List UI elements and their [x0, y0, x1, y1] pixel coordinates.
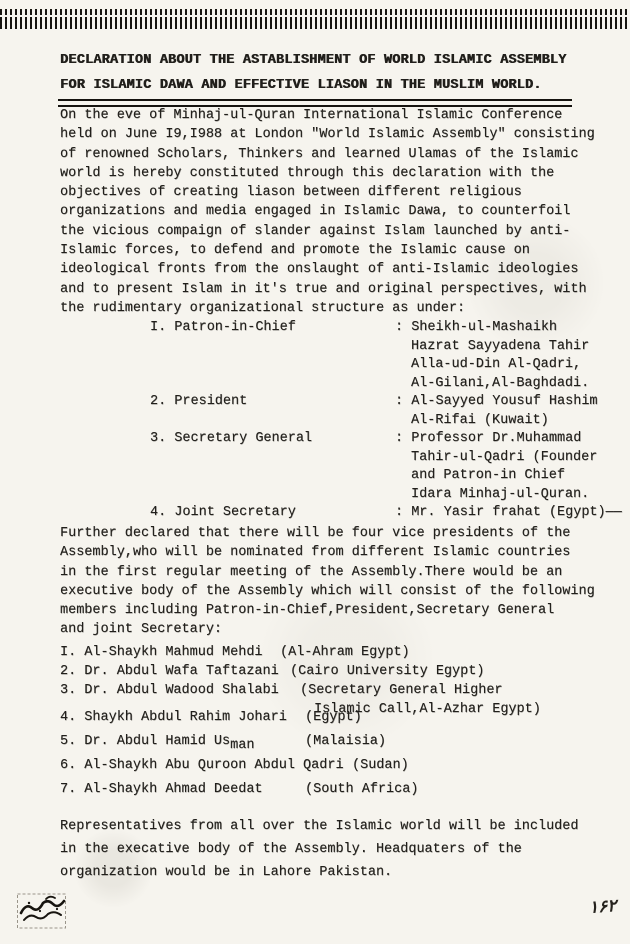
- typed-line: ideological fronts from the onslaught of…: [60, 260, 595, 279]
- member-name: 6. Al-Shaykh Abu Quroon Abdul Qadri: [60, 758, 344, 773]
- member-country: (South Africa): [305, 780, 418, 799]
- member-row: 5. Dr. Abdul Hamid Usman(Malaisia): [60, 732, 620, 751]
- officer-role: 3. Secretary General: [150, 430, 312, 449]
- typed-line: Tahir-ul-Qadri (Founder: [395, 449, 575, 468]
- member-country: (Malaisia): [305, 732, 386, 751]
- officer-name: : Al-Sayyed Yousuf HashimAl-Rifai (Kuwai…: [395, 393, 575, 430]
- title-line-2: FOR ISLAMIC DAWA AND EFFECTIVE LIASON IN…: [60, 73, 575, 98]
- member-row: 3. Dr. Abdul Wadood Shalabi(Secretary Ge…: [60, 681, 620, 700]
- officer-role: 4. Joint Secretary: [150, 504, 296, 523]
- member-name-subscript: man: [230, 738, 254, 753]
- typed-line: and to present Islam in it's true and or…: [60, 280, 595, 299]
- typed-line: (Cairo University Egypt): [290, 662, 484, 681]
- typed-line: (Malaisia): [305, 732, 386, 751]
- typed-line: of renowned Scholars, Thinkers and learn…: [60, 145, 595, 164]
- officer-row: 4. Joint Secretary: Mr. Yasir frahat (Eg…: [60, 504, 575, 523]
- opening-paragraph: On the eve of Minhaj-ul-Quran Internatio…: [60, 106, 595, 318]
- typed-line: and Patron-in Chief: [395, 467, 575, 486]
- typed-line: : Mr. Yasir frahat (Egypt)——: [395, 504, 575, 523]
- typed-line: : Professor Dr.Muhammad: [395, 430, 575, 449]
- officers-list: I. Patron-in-Chief: Sheikh-ul-MashaikhHa…: [60, 319, 575, 523]
- handwritten-page-number: ۱۶۲: [588, 896, 617, 918]
- typed-line: Alla-ud-Din Al-Qadri,: [395, 356, 575, 375]
- officer-name: : Professor Dr.MuhammadTahir-ul-Qadri (F…: [395, 430, 575, 504]
- typed-line: organizations and media engaged in Islam…: [60, 202, 595, 221]
- document-page: DECLARATION ABOUT THE ASTABLISHMENT OF W…: [0, 0, 630, 944]
- member-name: 4. Shaykh Abdul Rahim Johari: [60, 710, 287, 725]
- member-name: 3. Dr. Abdul Wadood Shalabi: [60, 683, 279, 698]
- officer-role: I. Patron-in-Chief: [150, 319, 296, 338]
- member-country: (Cairo University Egypt): [290, 662, 484, 681]
- typed-line: (Secretary General Higher: [300, 681, 541, 700]
- typed-line: executive body of the Assembly which wil…: [60, 582, 595, 601]
- executive-members-list: I. Al-Shaykh Mahmud Mehdi(Al-Ahram Egypt…: [60, 643, 620, 799]
- typed-line: Hazrat Sayyadena Tahir: [395, 338, 575, 357]
- typed-line: (South Africa): [305, 780, 418, 799]
- typed-line: members including Patron-in-Chief,Presid…: [60, 601, 595, 620]
- typed-line: (Sudan): [352, 756, 409, 775]
- officer-row: 2. President: Al-Sayyed Yousuf HashimAl-…: [60, 393, 575, 430]
- typed-line: objectives of creating liason between di…: [60, 183, 595, 202]
- member-name: 7. Al-Shaykh Ahmad Deedat: [60, 782, 263, 797]
- member-row: 6. Al-Shaykh Abu Quroon Abdul Qadri(Suda…: [60, 756, 620, 775]
- typed-line: Idara Minhaj-ul-Quran.: [395, 486, 575, 505]
- typed-line: held on June I9,I988 at London "World Is…: [60, 125, 595, 144]
- typed-line: (Egypt): [305, 708, 362, 727]
- officer-name: : Mr. Yasir frahat (Egypt)——: [395, 504, 575, 523]
- officer-row: 3. Secretary General: Professor Dr.Muham…: [60, 430, 575, 504]
- document-title: DECLARATION ABOUT THE ASTABLISHMENT OF W…: [60, 48, 575, 107]
- member-row: 4. Shaykh Abdul Rahim Johari(Egypt): [60, 708, 620, 727]
- closing-paragraph: Representatives from all over the Islami…: [60, 815, 578, 884]
- typed-line: the rudimentary organizational structure…: [60, 299, 595, 318]
- title-line-1: DECLARATION ABOUT THE ASTABLISHMENT OF W…: [60, 48, 575, 73]
- typed-line: Al-Gilani,Al-Baghdadi.: [395, 375, 575, 394]
- perforated-binding-edge-icon: [0, 9, 629, 29]
- officer-role: 2. President: [150, 393, 247, 412]
- officer-row: I. Patron-in-Chief: Sheikh-ul-MashaikhHa…: [60, 319, 575, 393]
- typed-line: in the execative body of the Assembly. H…: [60, 838, 578, 861]
- minhaj-calligraphy-stamp-icon: [16, 890, 68, 932]
- typed-line: : Al-Sayyed Yousuf Hashim: [395, 393, 575, 412]
- member-row: I. Al-Shaykh Mahmud Mehdi(Al-Ahram Egypt…: [60, 643, 620, 662]
- typed-line: and joint Secretary:: [60, 620, 595, 639]
- typed-line: the vicious compaign of slander against …: [60, 222, 595, 241]
- member-country: (Egypt): [305, 708, 362, 727]
- typed-line: Al-Rifai (Kuwait): [395, 412, 575, 431]
- officer-name: : Sheikh-ul-MashaikhHazrat Sayyadena Tah…: [395, 319, 575, 393]
- member-country: (Sudan): [352, 756, 409, 775]
- typed-line: in the first regular meeting of the Asse…: [60, 563, 595, 582]
- typed-line: : Sheikh-ul-Mashaikh: [395, 319, 575, 338]
- typed-line: Representatives from all over the Islami…: [60, 815, 578, 838]
- typed-line: world is hereby constituted through this…: [60, 164, 595, 183]
- member-row: 2. Dr. Abdul Wafa Taftazani(Cairo Univer…: [60, 662, 620, 681]
- member-name: 2. Dr. Abdul Wafa Taftazani: [60, 664, 279, 679]
- typed-line: organization would be in Lahore Pakistan…: [60, 861, 578, 884]
- typed-line: Assembly,who will be nominated from diff…: [60, 543, 595, 562]
- typed-line: (Al-Ahram Egypt): [280, 643, 410, 662]
- member-row: 7. Al-Shaykh Ahmad Deedat(South Africa): [60, 780, 620, 799]
- member-name: 5. Dr. Abdul Hamid Usman: [60, 734, 254, 753]
- member-name: I. Al-Shaykh Mahmud Mehdi: [60, 645, 263, 660]
- typed-line: Further declared that there will be four…: [60, 524, 595, 543]
- member-country: (Al-Ahram Egypt): [280, 643, 410, 662]
- typed-line: Islamic forces, to defend and promote th…: [60, 241, 595, 260]
- typed-line: On the eve of Minhaj-ul-Quran Internatio…: [60, 106, 595, 125]
- further-declaration-paragraph: Further declared that there will be four…: [60, 524, 595, 640]
